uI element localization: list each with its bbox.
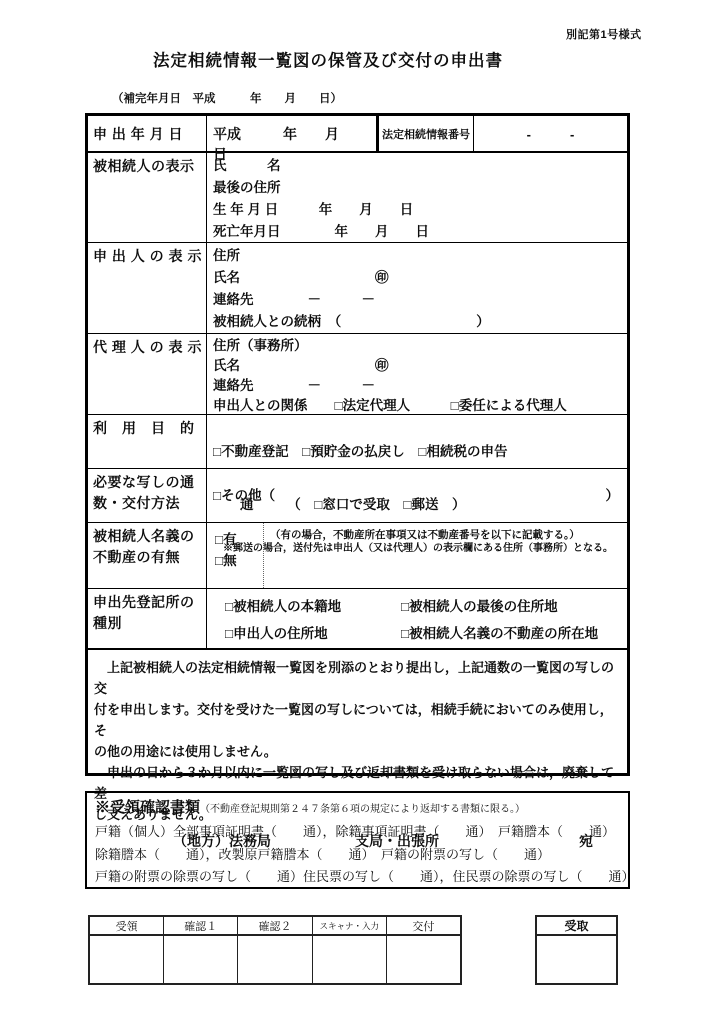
receive-box: 受取 [535,915,618,985]
process-header-juryo: 受領 [90,917,164,934]
row-copies: 必要な写しの通数・交付方法 通 （ □窓口で受取 □郵送 ） ※郵送の場合，送付… [88,469,627,523]
agent-fields: 住所（事務所） 氏名 ㊞ 連絡先 － － 申出人との関係 □法定代理人 □委任に… [207,334,627,414]
realestate-yesno-options: □有 □無 [207,523,263,588]
realestate-note: （有の場合，不動産所在事項又は不動産番号を以下に記載する。） [263,523,627,588]
page-title: 法定相続情報一覧図の保管及び交付の申出書 [0,47,656,71]
registry-option-saigo-jusho: □被相続人の最後の住所地 [401,595,625,622]
purpose-checkbox-line: □不動産登記 □預貯金の払戻し □相続税の申告 [213,441,621,463]
copies-count-line: 通 （ □窓口で受取 □郵送 ） [213,493,621,517]
process-header-kofu: 交付 [387,917,460,934]
application-date-value: 平成 年 月 日 [207,116,379,151]
statement-section: 上記被相続人の法定相続情報一覧図を別添のとおり提出し，上記通数の一覧図の写しの交… [88,650,627,773]
process-cell-juryo [90,936,164,983]
realestate-label: 被相続人名義の不動産の有無 [88,523,207,588]
registry-option-fudosan-shozaichi: □被相続人名義の不動産の所在地 [401,622,625,649]
decedent-fields: 氏 名 最後の住所 生 年 月 日 年 月 日 死亡年月日 年 月 日 [207,153,627,242]
application-table: 申 出 年 月 日 平成 年 月 日 法定相続情報番号 - - 被相続人の表示 … [85,113,630,776]
row-application-date: 申 出 年 月 日 平成 年 月 日 法定相続情報番号 - - [88,116,627,153]
process-header-scanner: スキャナ・入力 [313,917,387,934]
registry-options: □被相続人の本籍地 □被相続人の最後の住所地 □申出人の住所地 □被相続人名義の… [207,589,627,648]
registry-option-honsekichi: □被相続人の本籍地 [225,595,401,622]
supplement-date-line: （補完年月日 平成 年 月 日） [112,90,342,106]
receipt-heading-line: ※受領確認書類（不動産登記規則第２４７条第６項の規定により返却する書類に限る。） [95,797,622,821]
receipt-heading: ※受領確認書類 [95,800,200,816]
receive-box-header: 受取 [537,917,616,936]
agent-label: 代 理 人 の 表 示 [88,334,207,414]
receive-box-body [537,936,616,983]
receipt-line-3: 戸籍の附票の除票の写し（ 通）住民票の写し（ 通），住民票の除票の写し（ 通） [95,866,622,889]
process-header-kakunin1: 確認１ [164,917,238,934]
applicant-label: 申 出 人 の 表 示 [88,243,207,333]
process-table-header: 受領 確認１ 確認２ スキャナ・入力 交付 [90,917,460,936]
process-header-kakunin2: 確認２ [238,917,312,934]
copies-label: 必要な写しの通数・交付方法 [88,469,207,522]
row-decedent: 被相続人の表示 氏 名 最後の住所 生 年 月 日 年 月 日 死亡年月日 年 … [88,153,627,243]
application-form-page: 別記第1号様式 法定相続情報一覧図の保管及び交付の申出書 （補完年月日 平成 年… [0,0,723,1024]
form-code: 別記第1号様式 [566,26,642,42]
decedent-label: 被相続人の表示 [88,153,207,242]
applicant-fields: 住所 氏名 ㊞ 連絡先 － － 被相続人との続柄 （ ） [207,243,627,333]
row-registry-office: 申出先登記所の種別 □被相続人の本籍地 □被相続人の最後の住所地 □申出人の住所… [88,589,627,650]
row-realestate: 被相続人名義の不動産の有無 □有 □無 （有の場合，不動産所在事項又は不動産番号… [88,523,627,589]
process-cell-kofu [387,936,460,983]
purpose-options: □不動産登記 □預貯金の払戻し □相続税の申告 □その他（ ） [207,415,627,468]
row-purpose: 利 用 目 的 □不動産登記 □預貯金の払戻し □相続税の申告 □その他（ ） [88,415,627,469]
registry-label: 申出先登記所の種別 [88,589,207,648]
legal-info-number-label: 法定相続情報番号 [379,116,474,151]
process-cell-scanner [313,936,387,983]
row-agent: 代 理 人 の 表 示 住所（事務所） 氏名 ㊞ 連絡先 － － 申出人との関係… [88,334,627,415]
receipt-line-1: 戸籍（個人）全部事項証明書（ 通），除籍事項証明書（ 通） 戸籍謄本（ 通） [95,821,622,844]
process-cell-kakunin2 [238,936,312,983]
process-table: 受領 確認１ 確認２ スキャナ・入力 交付 [88,915,462,985]
receipt-heading-note: （不動産登記規則第２４７条第６項の規定により返却する書類に限る。） [200,804,525,815]
process-cell-kakunin1 [164,936,238,983]
application-date-label: 申 出 年 月 日 [88,116,207,151]
purpose-label: 利 用 目 的 [88,415,207,468]
process-table-body [90,936,460,983]
receipt-documents-box: ※受領確認書類（不動産登記規則第２４７条第６項の規定により返却する書類に限る。）… [85,791,630,889]
row-applicant: 申 出 人 の 表 示 住所 氏名 ㊞ 連絡先 － － 被相続人との続柄 （ ） [88,243,627,334]
receipt-line-2: 除籍謄本（ 通），改製原戸籍謄本（ 通） 戸籍の附票の写し（ 通） [95,844,622,867]
legal-info-number-value: - - [474,116,627,151]
copies-fields: 通 （ □窓口で受取 □郵送 ） ※郵送の場合，送付先は申出人（又は代理人）の表… [207,469,627,522]
registry-option-moushide-jusho: □申出人の住所地 [225,622,401,649]
